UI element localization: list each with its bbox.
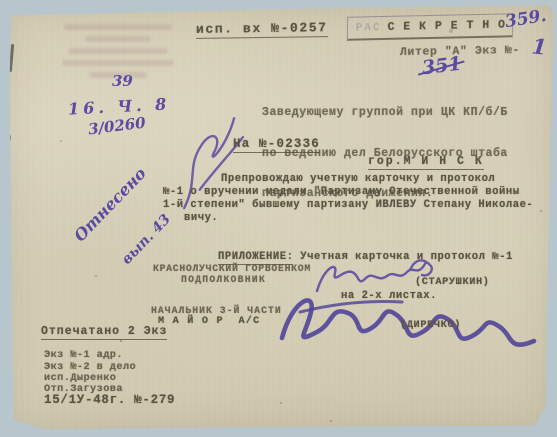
body-line2: №-1 о вручении медали "Партизану Отечест…	[163, 186, 520, 198]
stamp-line	[85, 36, 151, 42]
copies-printed-line: Отпечатано 2 Экз	[41, 325, 167, 340]
body-line1: Препровождаю учетную карточку и протокол	[221, 173, 495, 185]
paper-speckles	[120, 340, 122, 342]
secrecy-stamp-text: С Е К Р Е Т Н О	[387, 18, 506, 33]
signatory1-title-line1: КРАСНОЛУЧСКИЙ ГОРВОЕНКОМ	[153, 263, 311, 274]
stamp-line	[68, 48, 168, 54]
copy1-note: Экз №-1 адр.	[44, 349, 123, 361]
date-and-outgoing-number: 15/1У-48г. №-279	[44, 393, 175, 407]
handwritten-copy-number: 1	[531, 33, 548, 59]
stamp-line	[64, 24, 172, 30]
exec-reference-line: исп. вх №-0257	[196, 20, 328, 39]
edge-ink-dot	[7, 134, 11, 141]
stamp-line	[62, 60, 174, 66]
reference-number: На №-02336	[233, 137, 320, 153]
faded-institution-stamp	[55, 24, 180, 78]
body-line3: 1-й степени" бывшему партизану ИВЛЕВУ Ст…	[163, 199, 533, 211]
signatory2-title-line2: М А Й О Р А/С	[158, 316, 260, 327]
handwritten-margin-number: 39	[112, 72, 133, 90]
addressee-line1: Заведующему группой при ЦК КП/б/Б	[262, 106, 508, 120]
signatory2-title-line1: НАЧАЛЬНИК 3-Й ЧАСТИ	[151, 305, 282, 316]
secrecy-stamp: РАС С Е К Р Е Т Н О	[347, 13, 513, 40]
body-line4: вичу.	[184, 212, 218, 224]
signatory1-title-line2: ПОДПОЛКОВНИК	[181, 274, 266, 285]
signatory2-surname: (ДИРЕЧКО)	[400, 319, 461, 331]
paper-sheet: исп. вх №-0257 РАС С Е К Р Е Т Н О 359. …	[0, 0, 557, 437]
secrecy-stamp-faded-prefix: РАС	[356, 22, 382, 35]
scanned-document: исп. вх №-0257 РАС С Е К Р Е Т Н О 359. …	[0, 0, 557, 437]
city-line: гор.М И Н С К	[368, 155, 484, 170]
